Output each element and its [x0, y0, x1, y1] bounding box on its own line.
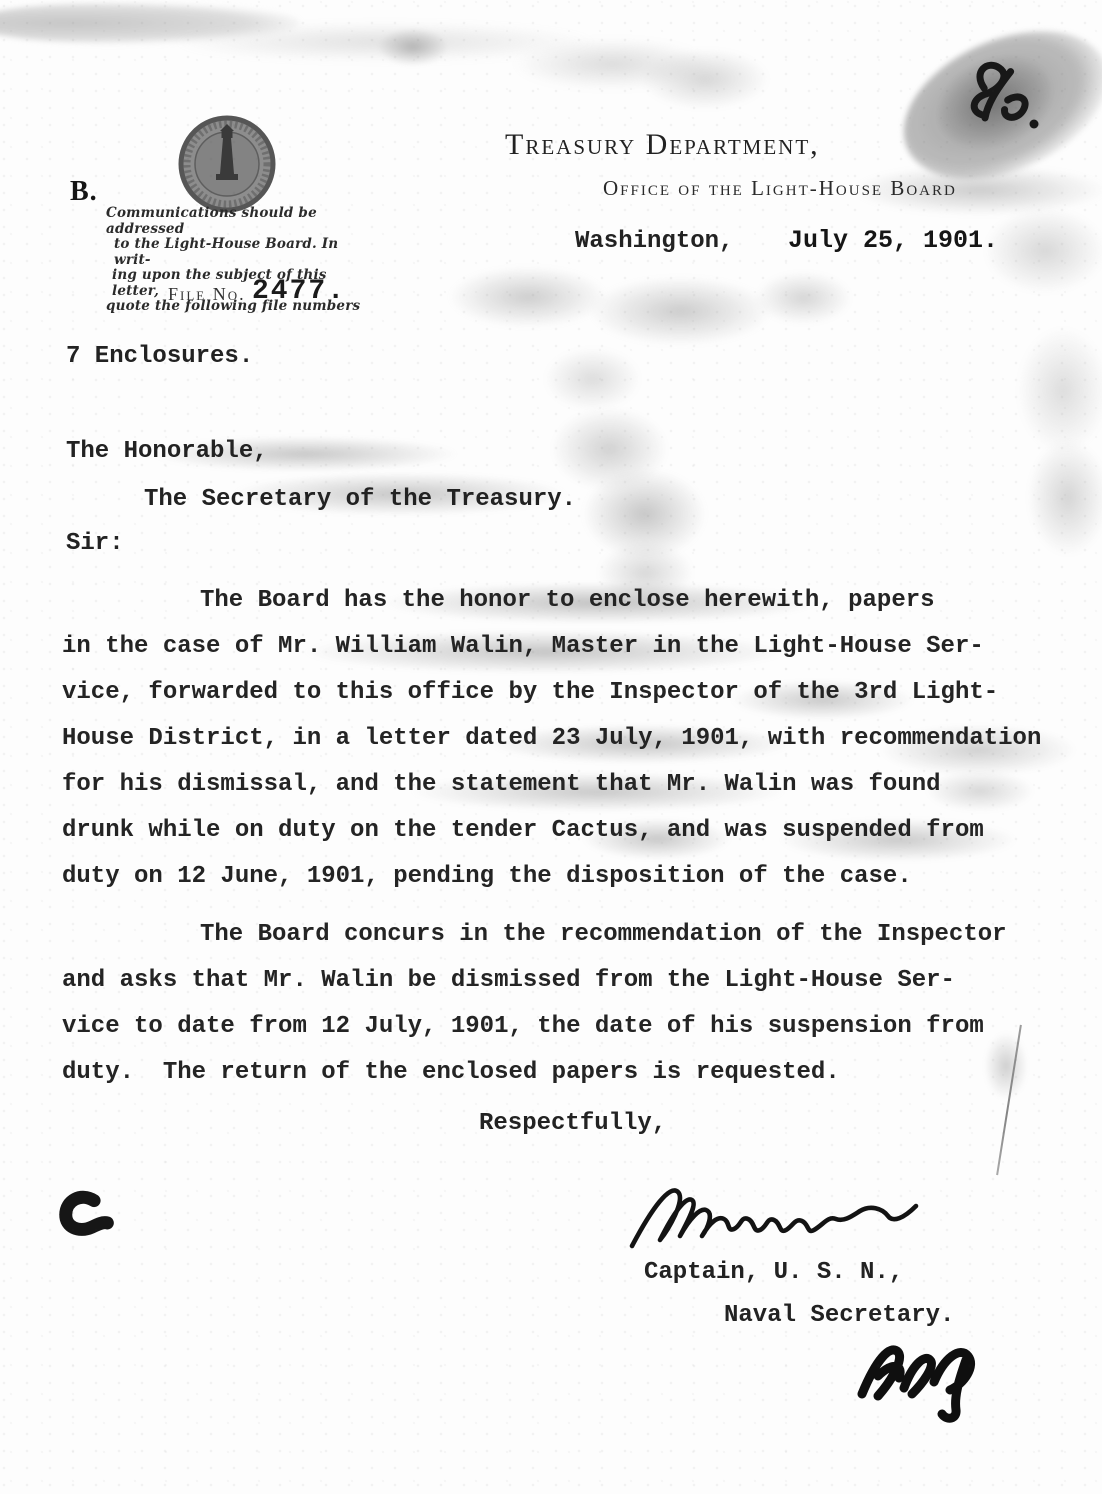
- body-line: vice to date from 12 July, 1901, the dat…: [62, 1004, 1092, 1050]
- letterhead-date: July 25, 1901.: [788, 226, 998, 255]
- file-class-mark: B.: [70, 176, 98, 208]
- handwritten-signature: [628, 1178, 928, 1258]
- stain: [985, 208, 1102, 293]
- stain: [170, 22, 600, 62]
- signer-title: Naval Secretary.: [724, 1302, 954, 1329]
- body-line: in the case of Mr. William Walin, Master…: [62, 624, 1092, 670]
- body-line: The Board has the honor to enclose herew…: [62, 578, 1092, 624]
- paragraph-1: The Board has the honor to enclose herew…: [62, 578, 1092, 900]
- stain: [1028, 440, 1102, 555]
- file-number-value: 2477.: [252, 276, 346, 307]
- body-line: The Board concurs in the recommendation …: [62, 912, 1092, 958]
- check-mark-c: [56, 1190, 114, 1240]
- body-line: drunk while on duty on the tender Cactus…: [62, 808, 1092, 854]
- recipient-line-2: The Secretary of the Treasury.: [144, 486, 576, 513]
- body-line: for his dismissal, and the statement tha…: [62, 762, 1092, 808]
- handwritten-mark: [930, 52, 1060, 162]
- letterhead-office: Office of the Light-House Board: [603, 176, 957, 201]
- stain: [0, 2, 300, 44]
- scanned-letter-page: B. Treasury Department, Office of the Li…: [0, 0, 1102, 1494]
- paragraph-2: The Board concurs in the recommendation …: [62, 912, 1092, 1096]
- stain: [512, 38, 712, 90]
- body-line: and asks that Mr. Walin be dismissed fro…: [62, 958, 1092, 1004]
- stain: [582, 468, 707, 560]
- stain: [545, 348, 640, 410]
- stain: [378, 28, 448, 66]
- body-line: vice, forwarded to this office by the In…: [62, 670, 1092, 716]
- stain: [448, 266, 608, 328]
- letterhead-city: Washington,: [575, 228, 733, 255]
- light-house-board-seal: [177, 114, 277, 214]
- notice-line: Communications should be addressed: [106, 206, 376, 237]
- stain: [552, 408, 667, 490]
- body-line: duty on 12 June, 1901, pending the dispo…: [62, 854, 1092, 900]
- body-line: House District, in a letter dated 23 Jul…: [62, 716, 1092, 762]
- recipient-line-1: The Honorable,: [66, 438, 268, 465]
- enclosures-note: 7 Enclosures.: [66, 343, 253, 370]
- stain: [1018, 328, 1102, 453]
- salutation: Sir:: [66, 530, 124, 557]
- notice-line: to the Light-House Board. In writ-: [106, 237, 376, 268]
- file-number-label: File No.: [168, 284, 246, 305]
- stain: [640, 48, 770, 110]
- stain: [588, 276, 773, 346]
- body-line: duty. The return of the enclosed papers …: [62, 1050, 1092, 1096]
- letterhead-department: Treasury Department,: [505, 128, 820, 162]
- stain: [756, 272, 851, 324]
- closing-line: Respectfully,: [479, 1110, 666, 1137]
- handwritten-initials: [852, 1332, 1022, 1427]
- signer-rank: Captain, U. S. N.,: [644, 1259, 903, 1286]
